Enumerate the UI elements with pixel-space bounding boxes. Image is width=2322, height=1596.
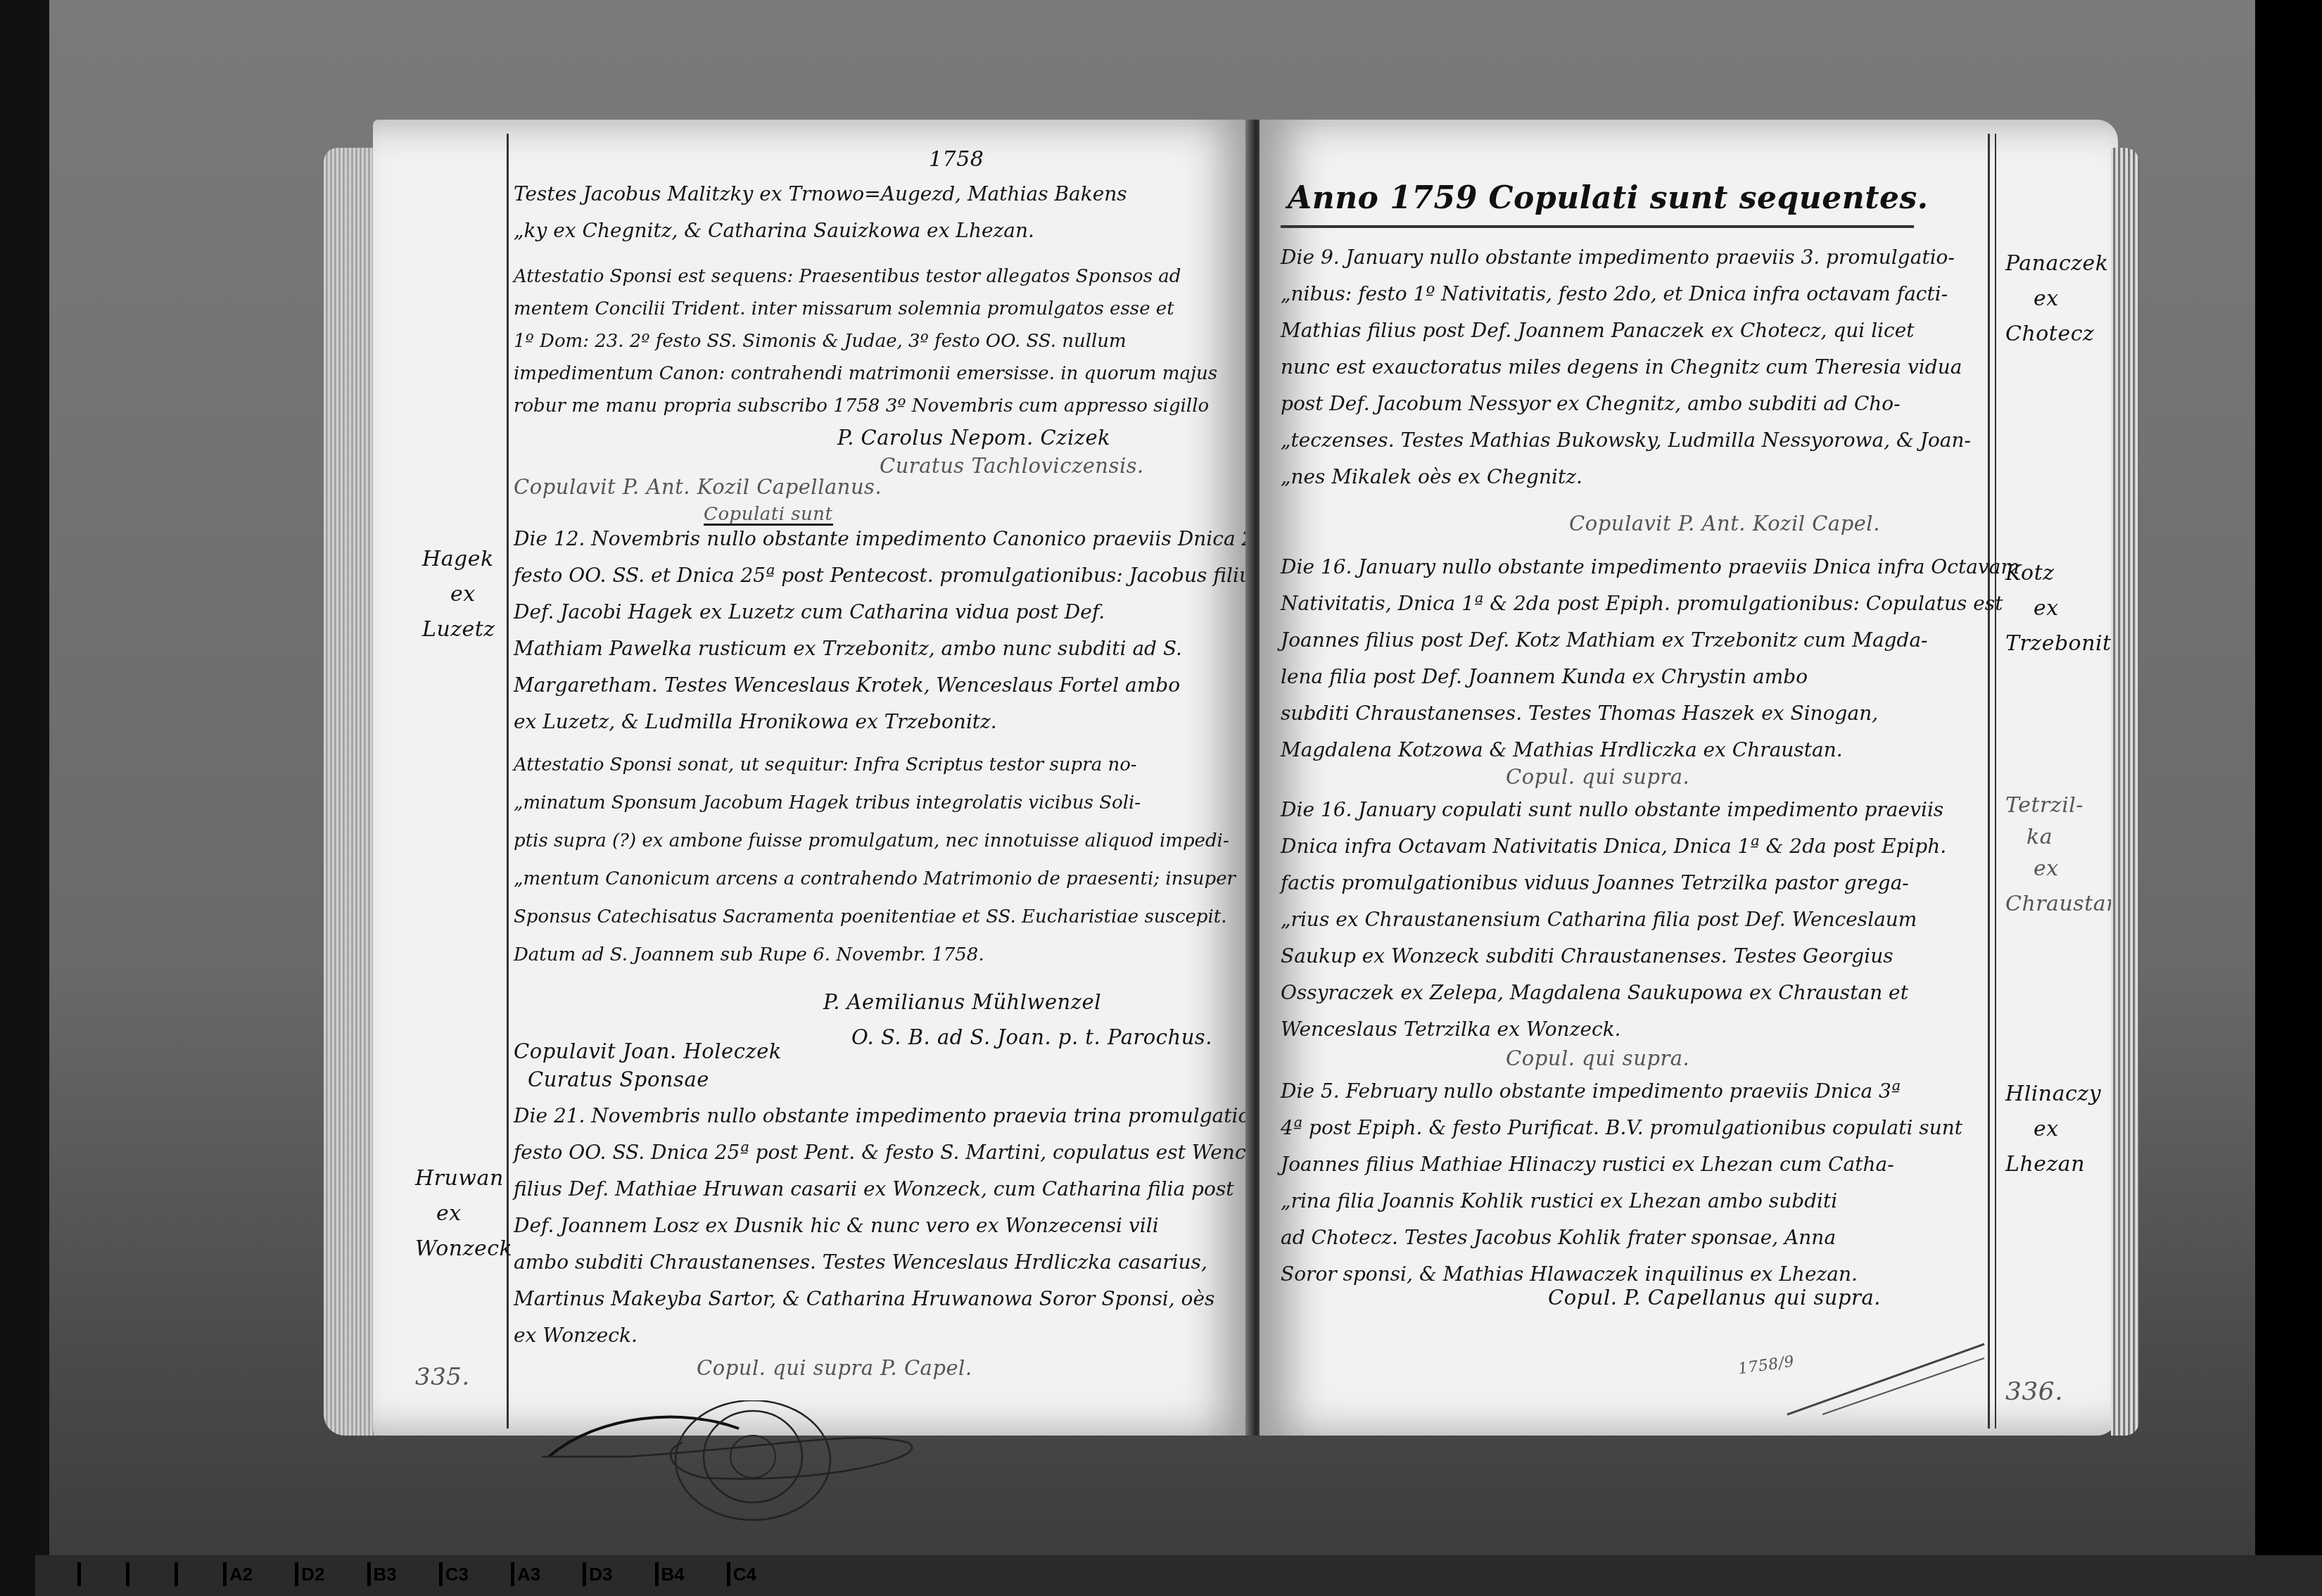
scale-mark: C4 — [727, 1562, 756, 1586]
signature-muhlwenzel: P. Aemilianus Mühlwenzel — [823, 992, 1101, 1013]
text-line: Margaretham. Testes Wenceslaus Krotek, W… — [514, 667, 1273, 704]
page-edges-left — [324, 148, 380, 1436]
signature-czizek-title: Curatus Tachloviczensis. — [880, 456, 1144, 476]
text-line: robur me manu propria subscribo 1758 3º … — [514, 390, 1217, 422]
text-line: Die 12. Novembris nullo obstante impedim… — [514, 521, 1273, 557]
margin-ex: ex — [2034, 598, 2059, 619]
text-line: lena filia post Def. Joannem Kunda ex Ch… — [1281, 659, 2019, 695]
year-note: 1758 — [929, 149, 984, 170]
margin-village: Luzetz — [422, 619, 495, 640]
text-line: Joannes filius post Def. Kotz Mathiam ex… — [1281, 622, 2019, 659]
margin-village: Lhezan — [2005, 1154, 2085, 1175]
text-line: festo OO. SS. Dnica 25ª post Pent. & fes… — [514, 1134, 1309, 1171]
margin-ex: ex — [2034, 289, 2059, 310]
text-line: ex Wonzeck. — [514, 1317, 1309, 1354]
left-page: 1758 Testes Jacobus Malitzky ex Trnowo=A… — [373, 120, 1252, 1436]
margin-village: Wonzeck — [415, 1239, 512, 1260]
scale-mark: D2 — [295, 1562, 324, 1586]
marriage-entry-hagek: Die 12. Novembris nullo obstante impedim… — [514, 521, 1273, 740]
scale-mark: A2 — [223, 1562, 253, 1586]
copulavit-line-2: Copulavit Joan. Holeczek — [514, 1041, 782, 1062]
signature-muhlwenzel-title: O. S. B. ad S. Joan. p. t. Parochus. — [851, 1027, 1212, 1048]
text-line: Die 16. January nullo obstante impedimen… — [1281, 549, 2019, 585]
scale-mark: B4 — [655, 1562, 685, 1586]
text-line: Die 9. January nullo obstante impediment… — [1281, 239, 1971, 276]
text-line: Wenceslaus Tetrzilka ex Wonzeck. — [1281, 1011, 1946, 1048]
marriage-entry-hlinaczy: Die 5. February nullo obstante impedimen… — [1281, 1073, 1962, 1293]
copulavit-line-1: Copulavit P. Ant. Kozil Capellanus. — [514, 477, 882, 498]
text-line: Saukup ex Wonzeck subditi Chraustanenses… — [1281, 938, 1946, 975]
text-line: Joannes filius Mathiae Hlinaczy rustici … — [1281, 1146, 1962, 1183]
closing-note: Copul. P. Capellanus qui supra. — [1548, 1288, 1881, 1308]
film-border-right — [2255, 0, 2322, 1596]
marriage-entry-kotz: Die 16. January nullo obstante impedimen… — [1281, 549, 2019, 768]
page-number-left: 335. — [415, 1365, 470, 1389]
text-line: impedimentum Canon: contrahendi matrimon… — [514, 357, 1217, 390]
marriage-entry-panaczek: Die 9. January nullo obstante impediment… — [1281, 239, 1971, 495]
margin-village: Chraustan — [2005, 894, 2120, 915]
text-line: „teczenses. Testes Mathias Bukowsky, Lud… — [1281, 422, 1971, 459]
text-line: „nes Mikalek oès ex Chegnitz. — [1281, 459, 1971, 495]
margin-ex: ex — [2034, 859, 2059, 880]
copulavit-line-2-title: Curatus Sponsae — [528, 1070, 709, 1090]
margin-surname: Panaczek — [2005, 253, 2108, 274]
text-line: ptis supra (?) ex ambone fuisse promulga… — [514, 822, 1236, 860]
scale-mark — [126, 1562, 132, 1586]
margin-surname: Kotz — [2005, 563, 2055, 584]
year-header: Anno 1759 Copulati sunt sequentes. — [1288, 183, 1929, 214]
text-line: „ky ex Chegnitz, & Catharina Sauizkowa e… — [514, 213, 1127, 249]
film-scale-marks: A2 D2 B3 C3 A3 D3 B4 C4 — [77, 1562, 799, 1586]
closing-note: Copul. qui supra. — [1506, 1049, 1689, 1069]
margin-ex: ex — [2034, 1119, 2059, 1140]
text-line: 4ª post Epiph. & festo Purificat. B.V. p… — [1281, 1110, 1962, 1146]
marriage-entry-hruwan: Die 21. Novembris nullo obstante impedim… — [514, 1098, 1309, 1354]
margin-surname: Hruwan — [415, 1168, 504, 1189]
text-line: Testes Jacobus Malitzky ex Trnowo=Augezd… — [514, 176, 1127, 213]
scale-mark: A3 — [511, 1562, 540, 1586]
attestatio-2: Attestatio Sponsi sonat, ut sequitur: In… — [514, 746, 1236, 974]
page-number-right: 336. — [2005, 1379, 2063, 1405]
open-register-book: 1758 Testes Jacobus Malitzky ex Trnowo=A… — [338, 120, 2223, 1457]
text-line: „rius ex Chraustanensium Catharina filia… — [1281, 901, 1946, 938]
scale-mark: B3 — [367, 1562, 397, 1586]
scale-mark: D3 — [583, 1562, 612, 1586]
text-line: factis promulgationibus viduus Joannes T… — [1281, 865, 1946, 901]
margin-ex: ex — [436, 1203, 462, 1224]
text-line: Def. Jacobi Hagek ex Luzetz cum Catharin… — [514, 594, 1273, 631]
header-underline — [1281, 225, 1914, 228]
text-line: „rina filia Joannis Kohlik rustici ex Lh… — [1281, 1183, 1962, 1220]
text-line: subditi Chraustanenses. Testes Thomas Ha… — [1281, 695, 2019, 732]
text-line: 1º Dom: 23. 2º festo SS. Simonis & Judae… — [514, 325, 1217, 357]
margin-ex: ex — [450, 584, 476, 605]
closing-note: Copulavit P. Ant. Kozil Capel. — [1569, 514, 1880, 534]
text-line: nunc est exauctoratus miles degens in Ch… — [1281, 349, 1971, 386]
margin-rule — [507, 134, 509, 1429]
signature-czizek: P. Carolus Nepom. Czizek — [837, 428, 1110, 448]
text-line: Mathias filius post Def. Joannem Panacze… — [1281, 312, 1971, 349]
text-line: ambo subditi Chraustanenses. Testes Wenc… — [514, 1244, 1309, 1281]
text-line: Attestatio Sponsi est sequens: Praesenti… — [514, 260, 1217, 293]
margin-surname-cont: ka — [2026, 827, 2053, 848]
attestatio-1: Attestatio Sponsi est sequens: Praesenti… — [514, 260, 1217, 422]
text-line: Nativitatis, Dnica 1ª & 2da post Epiph. … — [1281, 585, 2019, 622]
text-line: Die 5. February nullo obstante impedimen… — [1281, 1073, 1962, 1110]
text-line: Def. Joannem Losz ex Dusnik hic & nunc v… — [514, 1208, 1309, 1244]
margin-village: Trzebonitz — [2005, 633, 2123, 654]
page-edges-right — [2111, 148, 2139, 1436]
text-line: „minatum Sponsum Jacobum Hagek tribus in… — [514, 784, 1236, 822]
opening-testes: Testes Jacobus Malitzky ex Trnowo=Augezd… — [514, 176, 1127, 249]
text-line: ad Chotecz. Testes Jacobus Kohlik frater… — [1281, 1220, 1962, 1256]
closing-note: Copul. qui supra P. Capel. — [697, 1358, 972, 1379]
flourish-decoration — [542, 1400, 1034, 1527]
margin-surname: Tetrzil- — [2005, 795, 2083, 816]
text-line: filius Def. Mathiae Hruwan casarii ex Wo… — [514, 1171, 1309, 1208]
text-line: Sponsus Catechisatus Sacramenta poeniten… — [514, 898, 1236, 936]
margin-rule — [1995, 134, 1996, 1429]
text-line: „nibus: festo 1º Nativitatis, festo 2do,… — [1281, 276, 1971, 312]
margin-surname: Hagek — [422, 549, 494, 570]
text-line: Martinus Makeyba Sartor, & Catharina Hru… — [514, 1281, 1309, 1317]
text-line: ex Luzetz, & Ludmilla Hronikowa ex Trzeb… — [514, 704, 1273, 740]
text-line: Die 16. January copulati sunt nullo obst… — [1281, 792, 1946, 828]
marriage-entry-tetrzilka: Die 16. January copulati sunt nullo obst… — [1281, 792, 1946, 1048]
margin-surname: Hlinaczy — [2005, 1084, 2101, 1105]
text-line: Datum ad S. Joannem sub Rupe 6. Novembr.… — [514, 936, 1236, 974]
text-line: Ossyraczek ex Zelepa, Magdalena Saukupow… — [1281, 975, 1946, 1011]
scale-mark — [77, 1562, 84, 1586]
text-line: mentem Concilii Trident. inter missarum … — [514, 293, 1217, 325]
text-line: Die 21. Novembris nullo obstante impedim… — [514, 1098, 1309, 1134]
text-line: festo OO. SS. et Dnica 25ª post Pentecos… — [514, 557, 1273, 594]
scale-mark — [175, 1562, 181, 1586]
margin-village: Chotecz — [2005, 324, 2094, 345]
text-line: Dnica infra Octavam Nativitatis Dnica, D… — [1281, 828, 1946, 865]
text-line: Attestatio Sponsi sonat, ut sequitur: In… — [514, 746, 1236, 784]
film-border-left — [0, 0, 49, 1596]
text-line: Mathiam Pawelka rusticum ex Trzebonitz, … — [514, 631, 1273, 667]
scale-mark: C3 — [439, 1562, 469, 1586]
text-line: Magdalena Kotzowa & Mathias Hrdliczka ex… — [1281, 732, 2019, 768]
closing-note: Copul. qui supra. — [1506, 767, 1689, 787]
closing-strokes — [1780, 1337, 1991, 1421]
text-line: post Def. Jacobum Nessyor ex Chegnitz, a… — [1281, 386, 1971, 422]
right-page: Anno 1759 Copulati sunt sequentes. Die 9… — [1260, 120, 2118, 1436]
margin-rule — [1988, 134, 1990, 1429]
text-line: „mentum Canonicum arcens a contrahendo M… — [514, 860, 1236, 898]
